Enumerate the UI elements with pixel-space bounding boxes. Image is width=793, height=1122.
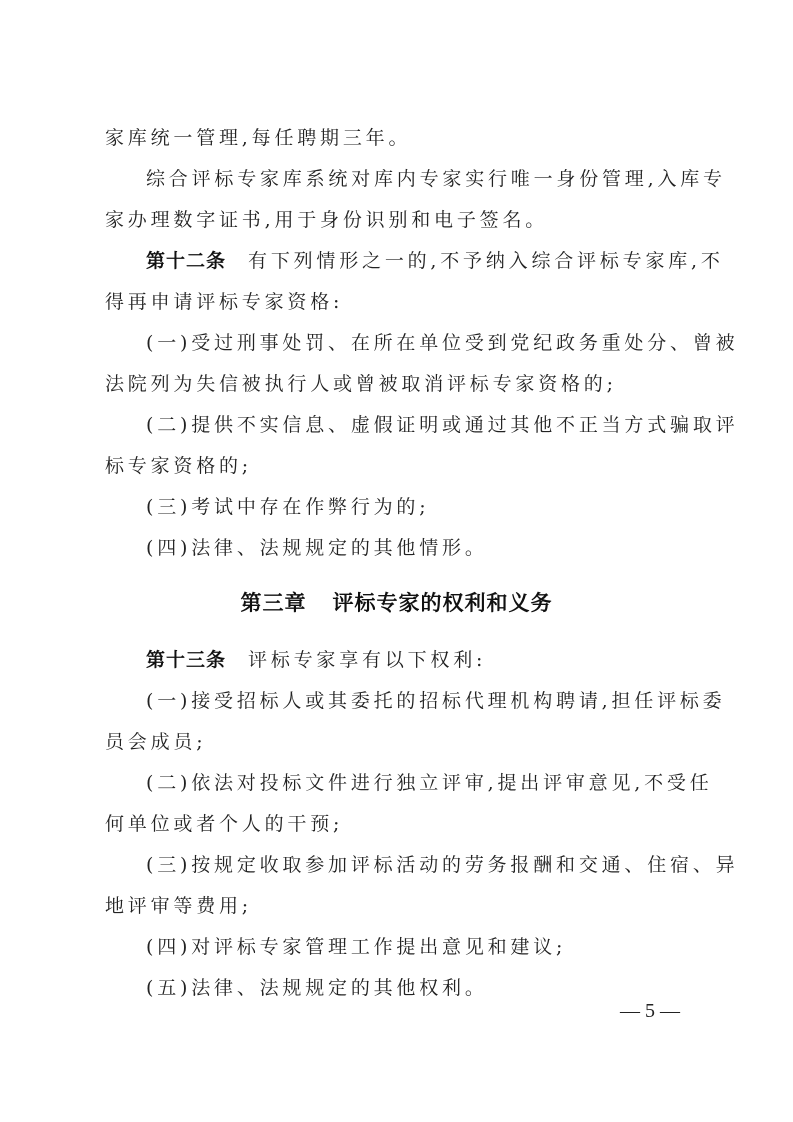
list-item: (四)对评标专家管理工作提出意见和建议; [146, 935, 736, 959]
paragraph-line: 地评审等费用; [105, 894, 695, 918]
chapter-heading: 第三章评标专家的权利和义务 [0, 590, 793, 616]
article-13-line: 第十三条评标专家享有以下权利: [146, 648, 736, 672]
article-12-line: 第十二条有下列情形之一的,不予纳入综合评标专家库,不 [146, 249, 736, 273]
article-text: 有下列情形之一的,不予纳入综合评标专家库,不 [248, 250, 724, 272]
paragraph-line: 法院列为失信被执行人或曾被取消评标专家资格的; [105, 372, 695, 396]
paragraph-line: 综合评标专家库系统对库内专家实行唯一身份管理,入库专 [146, 167, 736, 191]
chapter-title: 评标专家的权利和义务 [333, 591, 553, 615]
chapter-number: 第三章 [241, 591, 307, 615]
paragraph-line: 何单位或者个人的干预; [105, 812, 695, 836]
list-item: (二)依法对投标文件进行独立评审,提出评审意见,不受任 [146, 771, 736, 795]
page-number: — 5 — [620, 1000, 680, 1023]
article-number: 第十二条 [146, 250, 226, 272]
paragraph-line: 家办理数字证书,用于身份识别和电子签名。 [105, 208, 695, 232]
list-item: (五)法律、法规规定的其他权利。 [146, 976, 736, 1000]
list-item: (四)法律、法规规定的其他情形。 [146, 536, 736, 560]
article-number: 第十三条 [146, 649, 226, 671]
list-item: (三)考试中存在作弊行为的; [146, 495, 736, 519]
list-item: (二)提供不实信息、虚假证明或通过其他不正当方式骗取评 [146, 413, 736, 437]
paragraph-line: 得再申请评标专家资格: [105, 290, 695, 314]
paragraph-line: 员会成员; [105, 730, 695, 754]
paragraph-line: 家库统一管理,每任聘期三年。 [105, 126, 695, 150]
article-text: 评标专家享有以下权利: [248, 649, 486, 671]
paragraph-line: 标专家资格的; [105, 454, 695, 478]
document-page: 家库统一管理,每任聘期三年。 综合评标专家库系统对库内专家实行唯一身份管理,入库… [0, 0, 793, 1122]
list-item: (三)按规定收取参加评标活动的劳务报酬和交通、住宿、异 [146, 853, 736, 877]
list-item: (一)受过刑事处罚、在所在单位受到党纪政务重处分、曾被 [146, 331, 736, 355]
list-item: (一)接受招标人或其委托的招标代理机构聘请,担任评标委 [146, 689, 736, 713]
